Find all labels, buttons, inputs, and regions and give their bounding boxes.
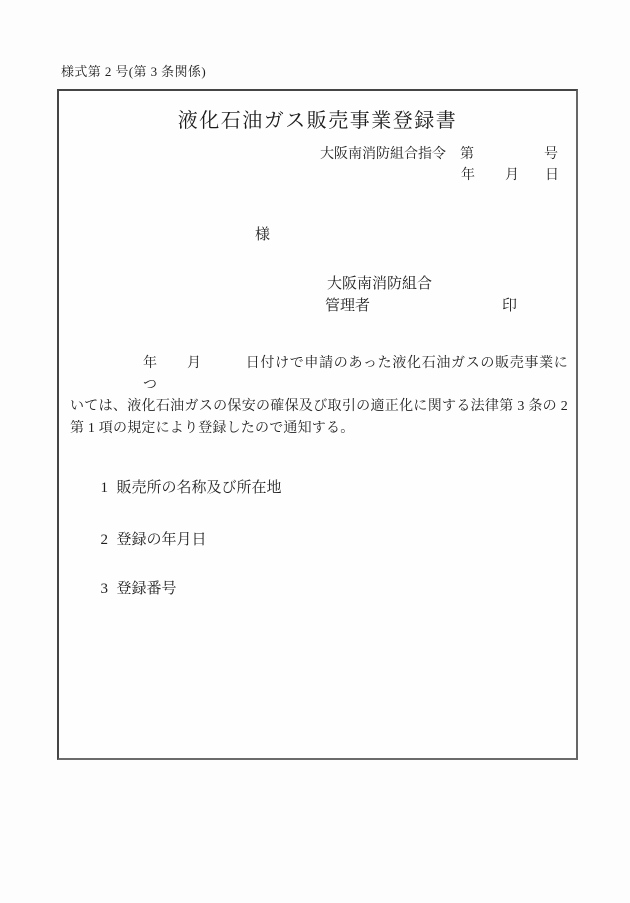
body-line-3: 第 1 項の規定により登録したので通知する。: [70, 418, 568, 440]
document-page: 様式第 2 号(第 3 条関係) 液化石油ガス販売事業登録書 大阪南消防組合指令…: [0, 0, 630, 903]
sender-organization: 大阪南消防組合: [327, 275, 432, 293]
seal-placeholder: 印: [502, 297, 517, 315]
directive-number-suffix: 号: [544, 146, 558, 163]
list-item-number: 3: [101, 580, 117, 598]
list-item: 1販売所の名称及び所在地: [78, 461, 282, 515]
body-line-1: 年 月 日付けで申請のあった液化石油ガスの販売事業につ: [70, 353, 568, 396]
list-item: 2登録の年月日: [78, 513, 207, 567]
directive-issuer: 大阪南消防組合指令: [320, 146, 446, 163]
directive-date-year-label: 年: [461, 167, 475, 184]
form-number-label: 様式第 2 号(第 3 条関係): [61, 61, 206, 80]
document-title: 液化石油ガス販売事業登録書: [59, 104, 576, 133]
addressee-honorific: 様: [255, 226, 270, 244]
list-item-number: 2: [101, 531, 117, 549]
list-item-label: 販売所の名称及び所在地: [117, 480, 282, 496]
list-item: 3登録番号: [78, 562, 177, 616]
list-item-label: 登録番号: [117, 581, 177, 597]
list-item-number: 1: [101, 479, 117, 497]
directive-date-day-label: 日: [545, 167, 559, 184]
directive-date-month-label: 月: [505, 167, 519, 184]
list-item-label: 登録の年月日: [117, 532, 207, 548]
directive-number-prefix: 第: [460, 146, 474, 163]
sender-role: 管理者: [325, 297, 370, 315]
registration-form-box: 液化石油ガス販売事業登録書 大阪南消防組合指令 第 号 年 月 日 様 大阪南消…: [57, 89, 578, 760]
body-line-2: いては、液化石油ガスの保安の確保及び取引の適正化に関する法律第 3 条の 2: [70, 396, 568, 418]
notification-body: 年 月 日付けで申請のあった液化石油ガスの販売事業につ いては、液化石油ガスの保…: [70, 353, 568, 439]
